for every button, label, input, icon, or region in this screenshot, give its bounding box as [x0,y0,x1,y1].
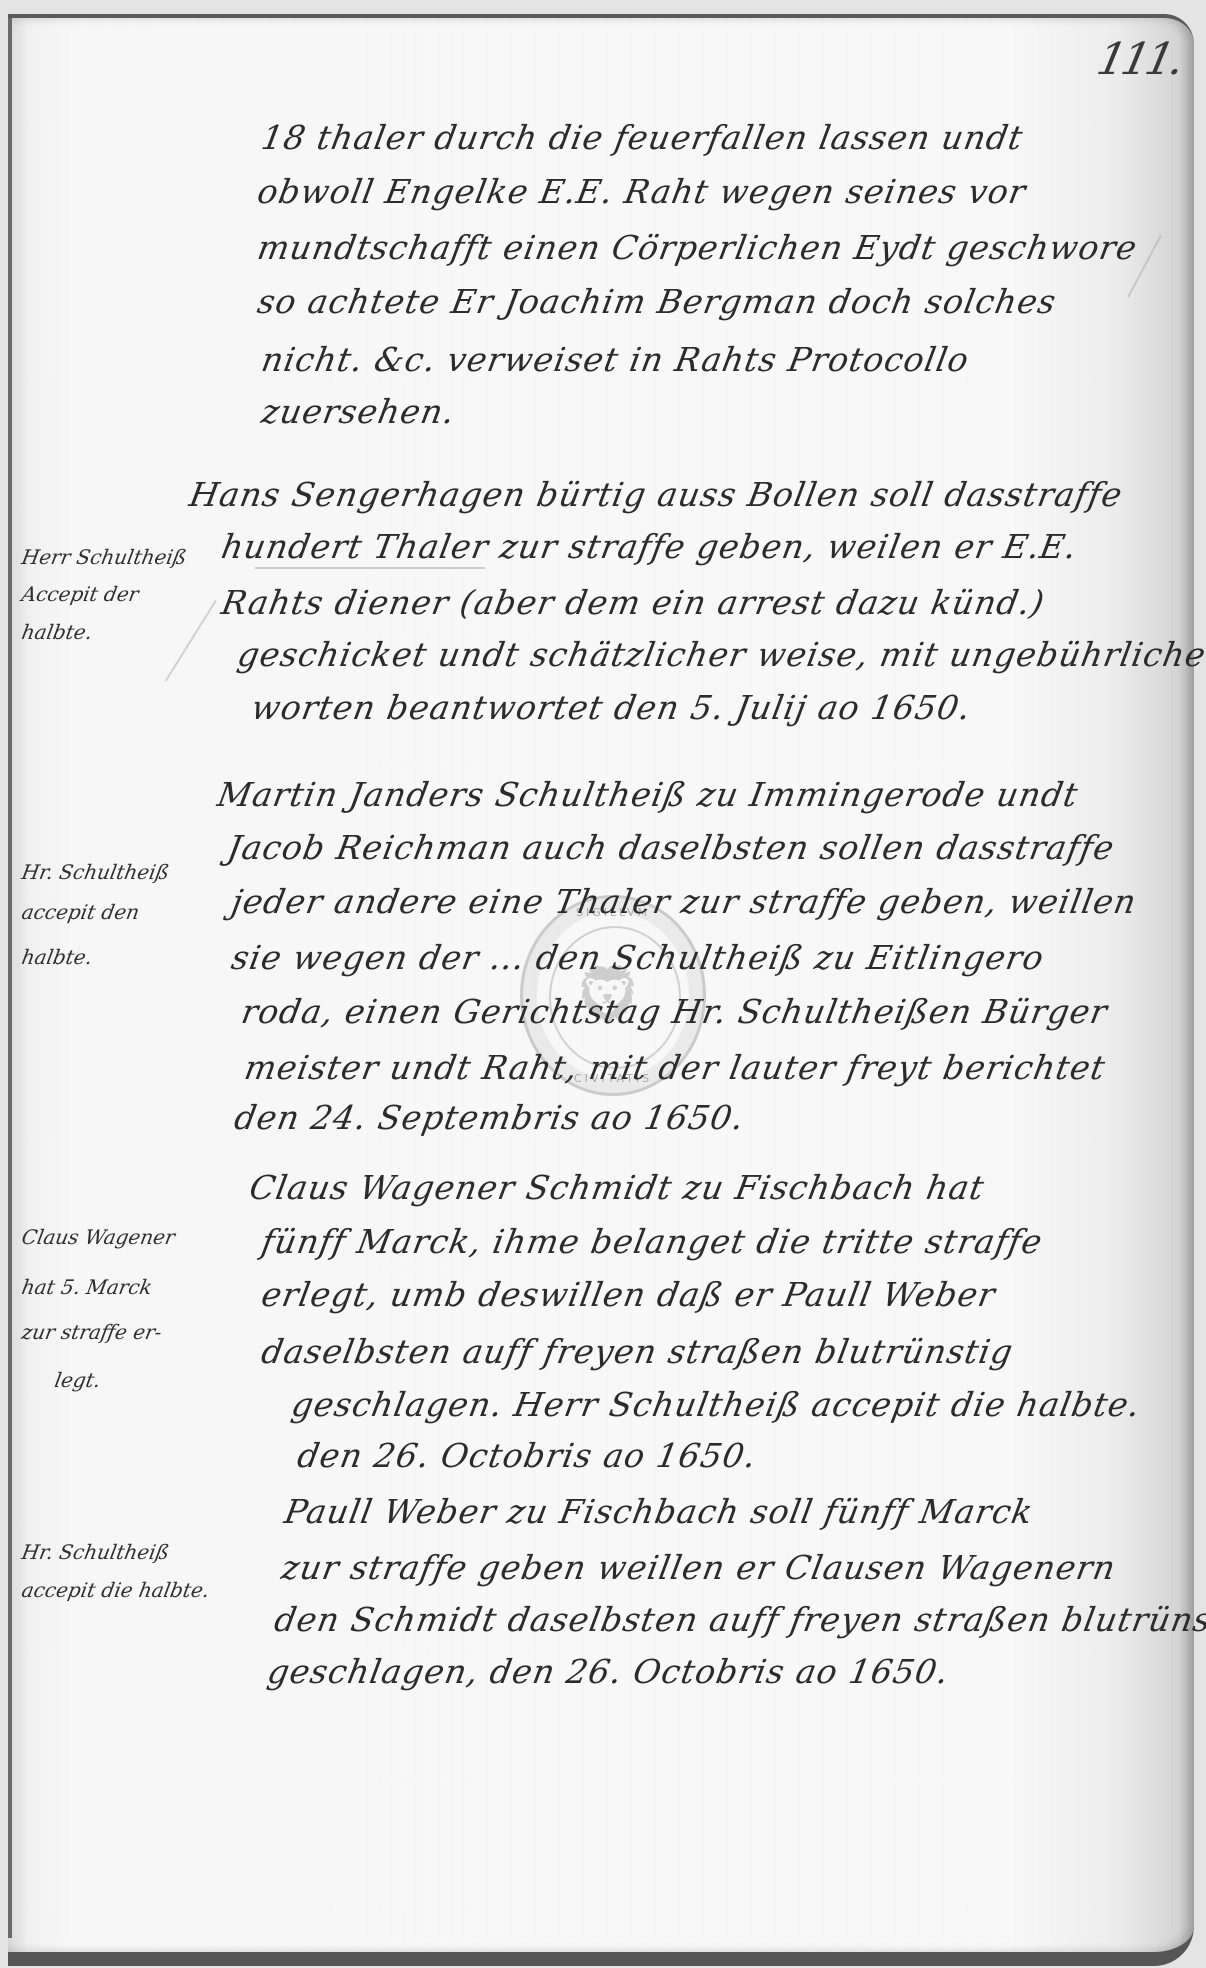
margin-note-line: halbte. [20,945,94,969]
entry-line: fünff Marck, ihme belanget die tritte st… [259,1222,1046,1261]
entry-line: Hans Sengerhagen bürtig auss Bollen soll… [187,475,1126,514]
entry-line: 18 thaler durch die feuerfallen lassen u… [259,118,1027,157]
entry-line: geschlagen. Herr Schultheiß accepit die … [289,1385,1144,1424]
entry-line: nicht. &c. verweiset in Rahts Protocollo [259,340,973,379]
entry-line: geschlagen, den 26. Octobris ao 1650. [265,1652,953,1691]
margin-note-line: zur straffe er- [20,1320,164,1344]
margin-note-line: halbte. [20,620,94,644]
margin-note-line: accepit die halbte. [20,1578,212,1602]
entry-line: hundert Thaler zur straffe geben, weilen… [219,527,1081,566]
entry-line: daselbsten auff freyen straßen blutrünst… [259,1332,1017,1371]
margin-note-line: hat 5. Marck [20,1275,154,1299]
entry-line: geschicket undt schätzlicher weise, mit … [235,635,1206,674]
entry-line: roda, einen Gerichtstag Hr. Schultheißen… [239,992,1111,1031]
margin-note-line: legt. [53,1368,103,1392]
entry-line: den 24. Septembris ao 1650. [232,1098,748,1137]
entry-line: sie wegen der ... den Schultheiß zu Eitl… [229,938,1048,977]
entry-line: Claus Wagener Schmidt zu Fischbach hat [247,1168,988,1207]
margin-note-line: Hr. Schultheiß [20,1540,171,1564]
margin-note-line: Herr Schultheiß [20,545,189,569]
entry-line: Martin Janders Schultheiß zu Immingerode… [215,775,1082,814]
margin-note-line: Claus Wagener [20,1225,177,1249]
entry-line: obwoll Engelke E.E. Raht wegen seines vo… [255,172,1030,211]
entry-line: den Schmidt daselbsten auff freyen straß… [272,1600,1206,1639]
entry-line: meister undt Raht, mit der lauter freyt … [242,1048,1109,1087]
entry-line: Rahts diener (aber dem ein arrest dazu k… [219,583,1048,622]
underline-stroke [255,567,485,569]
binding-edge [8,18,12,1938]
entry-line: Jacob Reichman auch daselbsten sollen da… [225,828,1118,867]
entry-line: mundtschafft einen Cörperlichen Eydt ges… [255,228,1141,267]
margin-note-line: Accepit der [20,582,141,606]
entry-line: worten beantwortet den 5. Julij ao 1650. [249,688,975,727]
entry-line: den 26. Octobris ao 1650. [295,1436,760,1475]
margin-note-line: accepit den [20,900,142,924]
entry-line: zuersehen. [259,392,459,431]
folio-number: 111. [1093,34,1186,85]
entry-line: jeder andere eine Thaler zur straffe geb… [229,882,1140,921]
entry-line: erlegt, umb deswillen daß er Paull Weber [259,1275,999,1314]
entry-line: zur straffe geben weillen er Clausen Wag… [279,1548,1120,1587]
margin-note-line: Hr. Schultheiß [20,860,171,884]
entry-line: Paull Weber zu Fischbach soll fünff Marc… [282,1492,1037,1531]
entry-line: so achtete Er Joachim Bergman doch solch… [255,282,1060,321]
